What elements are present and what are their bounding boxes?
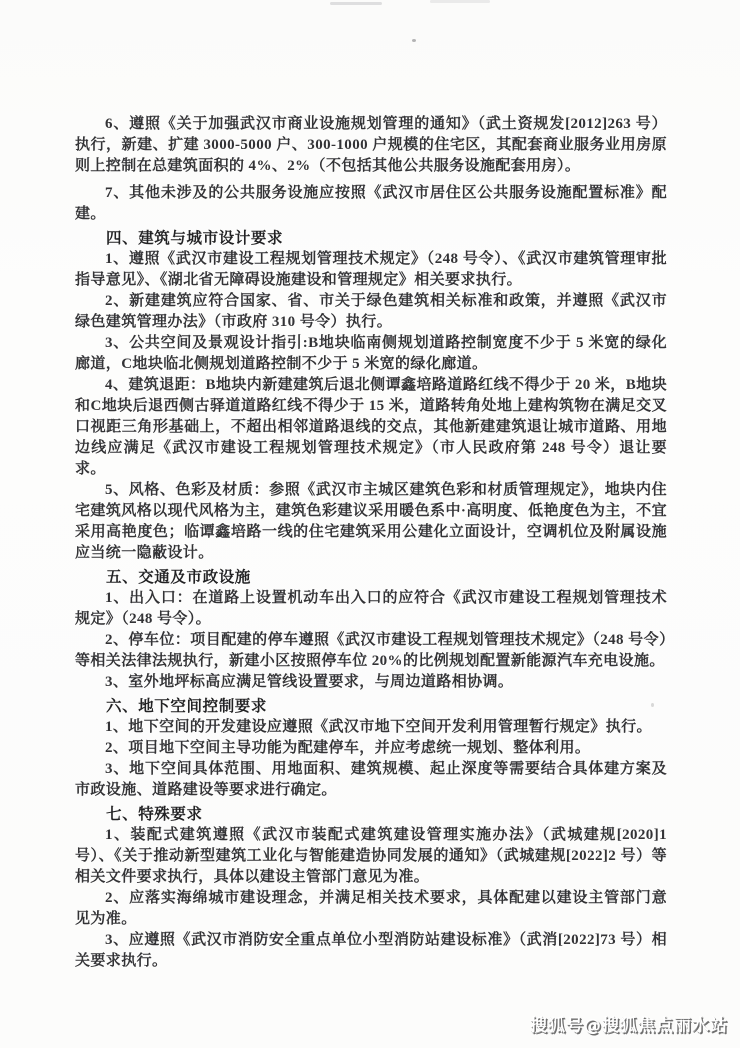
doc-paragraph-item-7: 7、其他未涉及的公共服务设施应按照《武汉市居住区公共服务设施配置标准》配建。 [75,183,667,225]
doc-paragraph: 1、出入口：在道路上设置机动车出入口的应符合《武汉市建设工程规划管理技术规定》（… [75,588,667,630]
section-heading-5: 五、交通及市政设施 [75,567,667,588]
doc-paragraph: 1、遵照《武汉市建设工程规划管理技术规定》（248 号令）、《武汉市建筑管理审批… [75,249,667,291]
doc-paragraph: 3、室外地坪标高应满足管线设置要求，与周边道路相协调。 [75,672,667,693]
doc-paragraph: 2、新建建筑应符合国家、省、市关于绿色建筑相关标准和政策，并遵照《武汉市绿色建筑… [75,291,667,333]
section-heading-4: 四、建筑与城市设计要求 [75,228,667,249]
section-heading-6: 六、地下空间控制要求 [75,696,667,717]
doc-paragraph: 1、装配式建筑遵照《武汉市装配式建筑建设管理实施办法》（武城建规[2020]1 … [75,825,667,888]
doc-paragraph: 4、建筑退距：B地块内新建建筑后退北侧谭鑫培路道路红线不得少于 20 米，B地块… [75,375,667,480]
section-heading-7: 七、特殊要求 [75,804,667,825]
scan-artifact-streak [330,2,382,5]
doc-paragraph: 2、应落实海绵城市建设理念，并满足相关技术要求，具体配建以建设主管部门意见为准。 [75,888,667,930]
doc-paragraph: 3、地下空间具体范围、用地面积、建筑规模、起止深度等需要结合具体建方案及市政设施… [75,759,667,801]
doc-paragraph: 2、项目地下空间主导功能为配建停车，并应考虑统一规划、整体利用。 [75,738,667,759]
scan-artifact-streak [430,0,490,3]
doc-paragraph: 1、地下空间的开发建设应遵照《武汉市地下空间开发利用管理暂行规定》执行。 [75,717,667,738]
scan-artifact-dot [412,39,416,42]
sohu-watermark: 搜狐号@搜狐焦点丽水站 [530,1011,728,1036]
document-page: 6、遵照《关于加强武汉市商业设施规划管理的通知》（武土资规发[2012]263 … [75,114,667,972]
doc-paragraph: 3、公共空间及景观设计指引:B地块临南侧规划道路控制宽度不少于 5 米宽的绿化廊… [75,333,667,375]
doc-paragraph: 5、风格、色彩及材质：参照《武汉市主城区建筑色彩和材质管理规定》，地块内住宅建筑… [75,480,667,564]
doc-paragraph-item-6: 6、遵照《关于加强武汉市商业设施规划管理的通知》（武土资规发[2012]263 … [75,114,667,177]
doc-paragraph: 2、停车位：项目配建的停车遵照《武汉市建设工程规划管理技术规定》（248 号令）… [75,630,667,672]
doc-paragraph: 3、应遵照《武汉市消防安全重点单位小型消防站建设标准》（武消[2022]73 号… [75,930,667,972]
